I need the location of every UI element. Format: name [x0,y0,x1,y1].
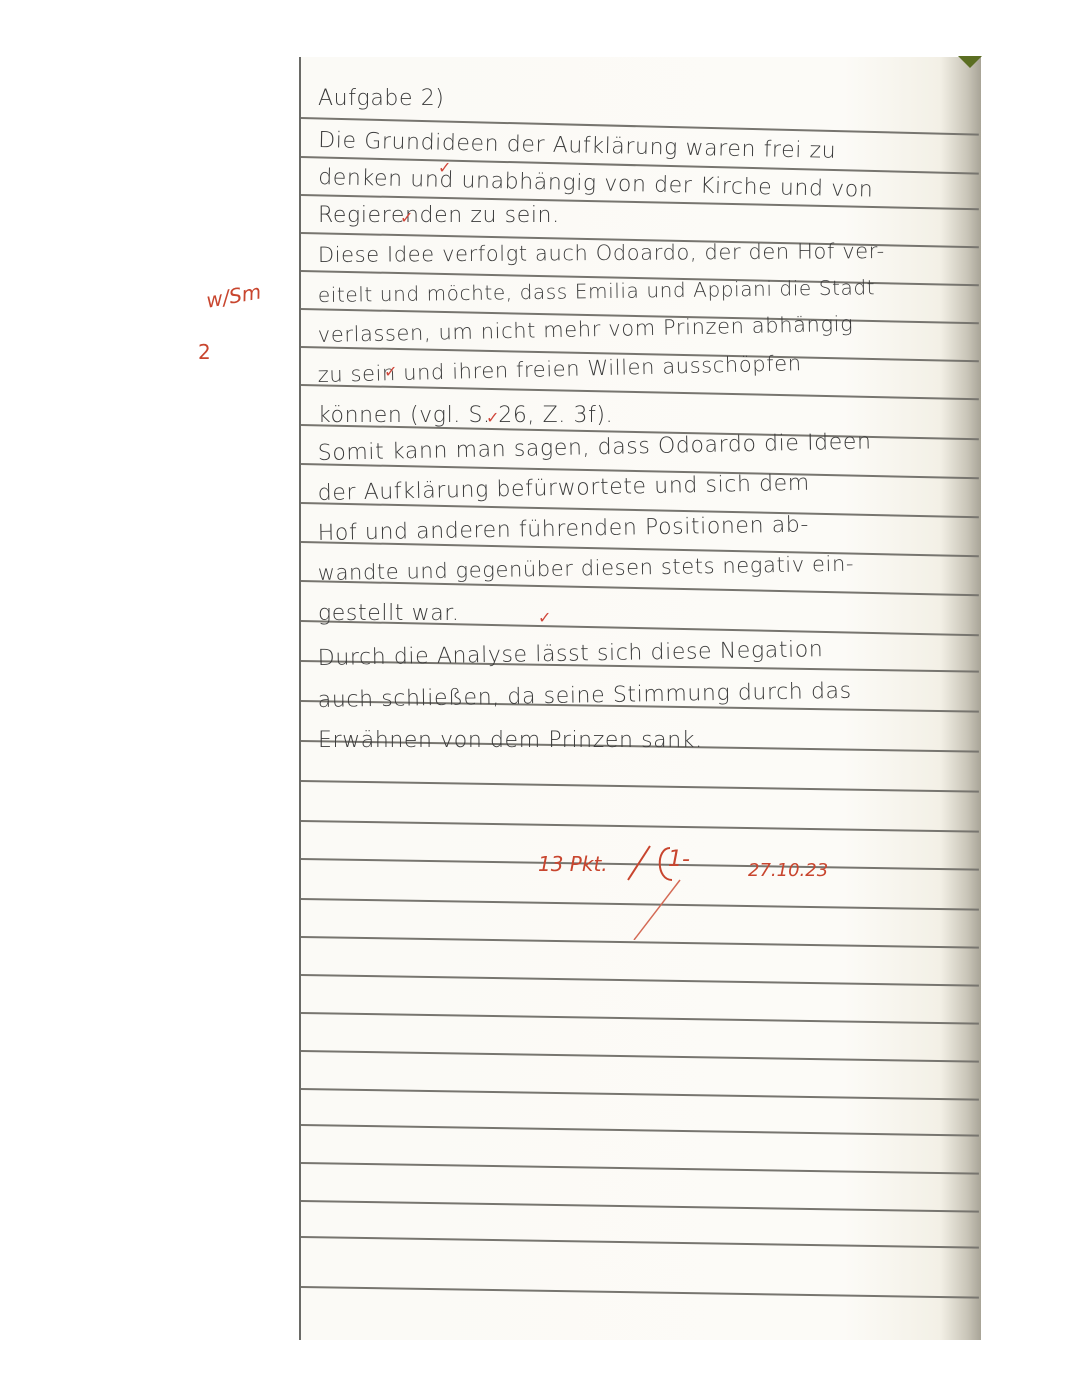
check-mark: ✓ [438,158,451,177]
check-mark: ✓ [538,608,551,627]
text-line-4: Diese Idee verfolgt auch Odoardo, der de… [318,241,885,266]
check-mark: ✓ [486,408,499,427]
signature-stroke [620,840,710,940]
grade-date: 27.10.23 [748,860,828,881]
grade-points: 13 Pkt. [538,852,608,876]
error-underline [320,296,368,302]
text-line-3: Regierenden zu sein. [318,205,560,227]
check-mark: ✓ [400,208,413,227]
page-corner-tab [958,56,982,68]
text-line-8: können (vgl. S. 26, Z. 3f). [318,405,613,427]
margin-line [299,57,301,1340]
text-line-16: Erwähnen von dem Prinzen sank. [318,730,703,752]
margin-score: 2 [198,340,211,364]
text-line-13: gestellt war. [318,603,460,625]
task-heading: Aufgabe 2) [318,88,445,110]
margin-note: w/Sm [204,279,263,312]
check-mark: ✓ [384,362,397,381]
